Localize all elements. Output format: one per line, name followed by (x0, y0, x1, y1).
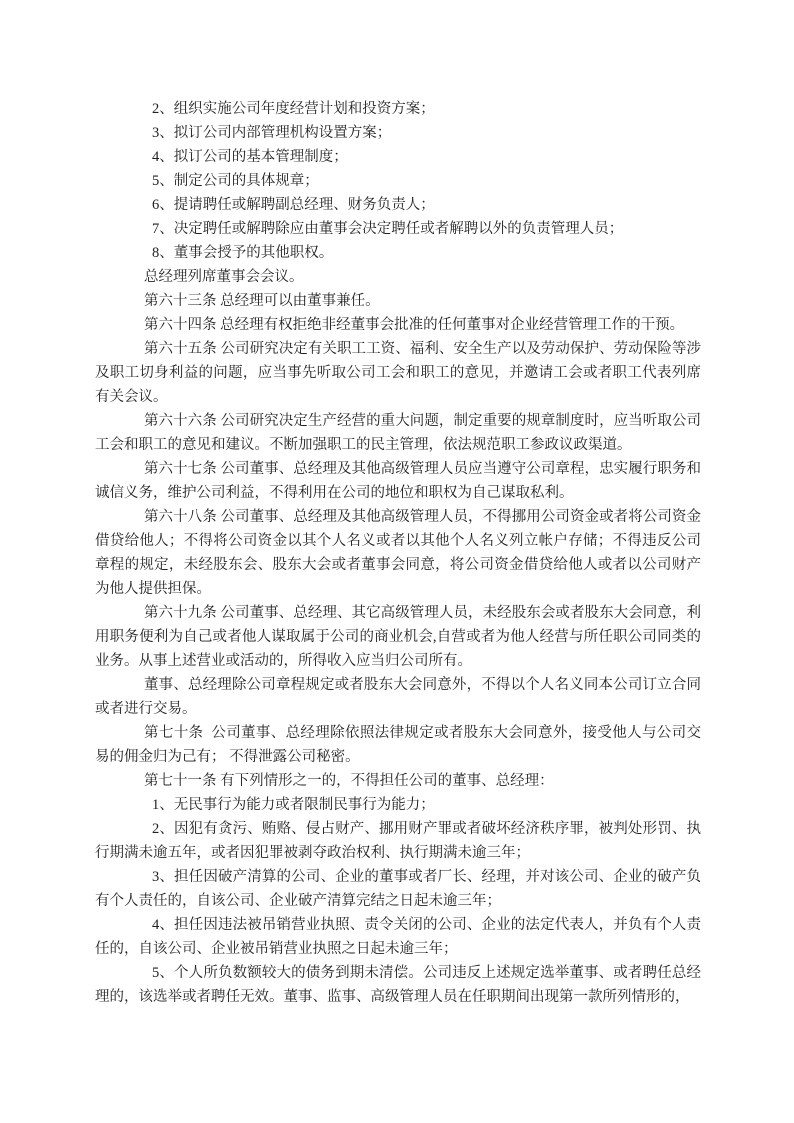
paragraph-article-66: 第六十六条 公司研究决定生产经营的重大问题，制定重要的规章制度时，应当听取公司工… (95, 409, 701, 457)
paragraph-article-67: 第六十七条 公司董事、总经理及其他高级管理人员应当遵守公司章程，忠实履行职务和诚… (95, 457, 701, 505)
list-item: 6、提请聘任或解聘副总经理、财务负责人； (95, 193, 701, 217)
list-item: 1、无民事行为能力或者限制民事行为能力； (95, 793, 701, 817)
document-text-block: 2、组织实施公司年度经营计划和投资方案； 3、拟订公司内部管理机构设置方案； 4… (95, 97, 701, 1009)
list-item: 8、董事会授予的其他职权。 (95, 241, 701, 265)
paragraph-article-64: 第六十四条 总经理有权拒绝非经董事会批准的任何董事对企业经营管理工作的干预。 (95, 313, 701, 337)
paragraph-article-65: 第六十五条 公司研究决定有关职工工资、福利、安全生产以及劳动保护、劳动保险等涉及… (95, 337, 701, 409)
list-item: 3、担任因破产清算的公司、企业的董事或者厂长、经理，并对该公司、企业的破产负有个… (95, 865, 701, 913)
paragraph-article-69: 第六十九条 公司董事、总经理、其它高级管理人员，未经股东会或者股东大会同意，利用… (95, 601, 701, 673)
list-item: 2、因犯有贪污、贿赂、侵占财产、挪用财产罪或者破坏经济秩序罪，被判处形罚、执行期… (95, 817, 701, 865)
list-item: 7、决定聘任或解聘除应由董事会决定聘任或者解聘以外的负责管理人员； (95, 217, 701, 241)
document-page: 2、组织实施公司年度经营计划和投资方案； 3、拟订公司内部管理机构设置方案； 4… (0, 0, 794, 1123)
list-item: 4、拟订公司的基本管理制度； (95, 145, 701, 169)
list-item: 5、个人所负数额较大的债务到期未清偿。公司违反上述规定选举董事、或者聘任总经理的… (95, 961, 701, 1009)
paragraph-article-71: 第七十一条 有下列情形之一的，不得担任公司的董事、总经理： (95, 769, 701, 793)
paragraph-article-63: 第六十三条 总经理可以由董事兼任。 (95, 289, 701, 313)
list-item: 3、拟订公司内部管理机构设置方案； (95, 121, 701, 145)
paragraph-article-68: 第六十八条 公司董事、总经理及其他高级管理人员，不得挪用公司资金或者将公司资金借… (95, 505, 701, 601)
paragraph: 总经理列席董事会会议。 (95, 265, 701, 289)
list-item: 5、制定公司的具体规章； (95, 169, 701, 193)
list-item: 4、担任因违法被吊销营业执照、责令关闭的公司、企业的法定代表人，并负有个人责任的… (95, 913, 701, 961)
list-item: 2、组织实施公司年度经营计划和投资方案； (95, 97, 701, 121)
paragraph: 董事、总经理除公司章程规定或者股东大会同意外，不得以个人名义同本公司订立合同或者… (95, 673, 701, 721)
paragraph-article-70: 第七十条 公司董事、总经理除依照法律规定或者股东大会同意外，接受他人与公司交易的… (95, 721, 701, 769)
